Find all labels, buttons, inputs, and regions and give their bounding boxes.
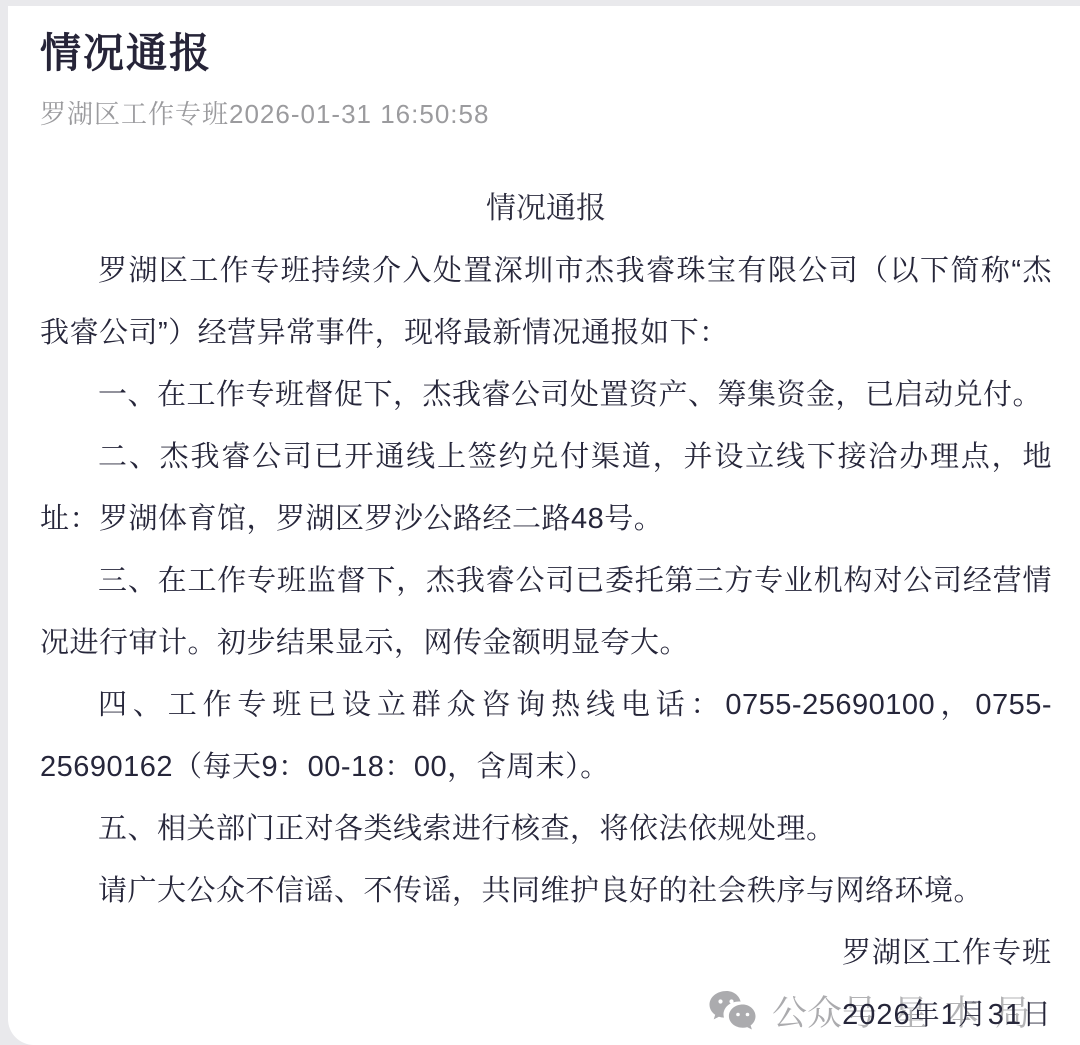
paragraph-item-5: 五、相关部门正对各类线索进行核查，将依法依规处理。 [40, 798, 1052, 860]
screenshot-root: { "page": { "title": "情况通报", "meta": "罗湖… [0, 0, 1080, 1045]
author-timestamp: 罗湖区工作专班2026-01-31 16:50:58 [40, 94, 489, 131]
page-title: 情况通报 [40, 20, 212, 79]
signature: 罗湖区工作专班 [40, 922, 1052, 984]
article-card: 情况通报 罗湖区工作专班2026-01-31 16:50:58 情况通报 罗湖区… [8, 6, 1080, 1045]
date: 2026年1月31日 [40, 984, 1052, 1045]
article-body: 情况通报 罗湖区工作专班持续介入处置深圳市杰我睿珠宝有限公司（以下简称“杰我睿公… [40, 178, 1052, 1045]
article-heading: 情况通报 [40, 178, 1052, 240]
page-left-edge [0, 0, 8, 1045]
paragraph-item-4: 四、工作专班已设立群众咨询热线电话：0755-25690100，0755-256… [40, 674, 1052, 798]
paragraph-item-2: 二、杰我睿公司已开通线上签约兑付渠道，并设立线下接洽办理点，地址：罗湖体育馆，罗… [40, 426, 1052, 550]
paragraph-closing: 请广大公众不信谣、不传谣，共同维护良好的社会秩序与网络环境。 [40, 860, 1052, 922]
paragraph-item-1: 一、在工作专班督促下，杰我睿公司处置资产、筹集资金，已启动兑付。 [40, 364, 1052, 426]
paragraph-item-3: 三、在工作专班监督下，杰我睿公司已委托第三方专业机构对公司经营情况进行审计。初步… [40, 550, 1052, 674]
paragraph-intro: 罗湖区工作专班持续介入处置深圳市杰我睿珠宝有限公司（以下简称“杰我睿公司”）经营… [40, 240, 1052, 364]
